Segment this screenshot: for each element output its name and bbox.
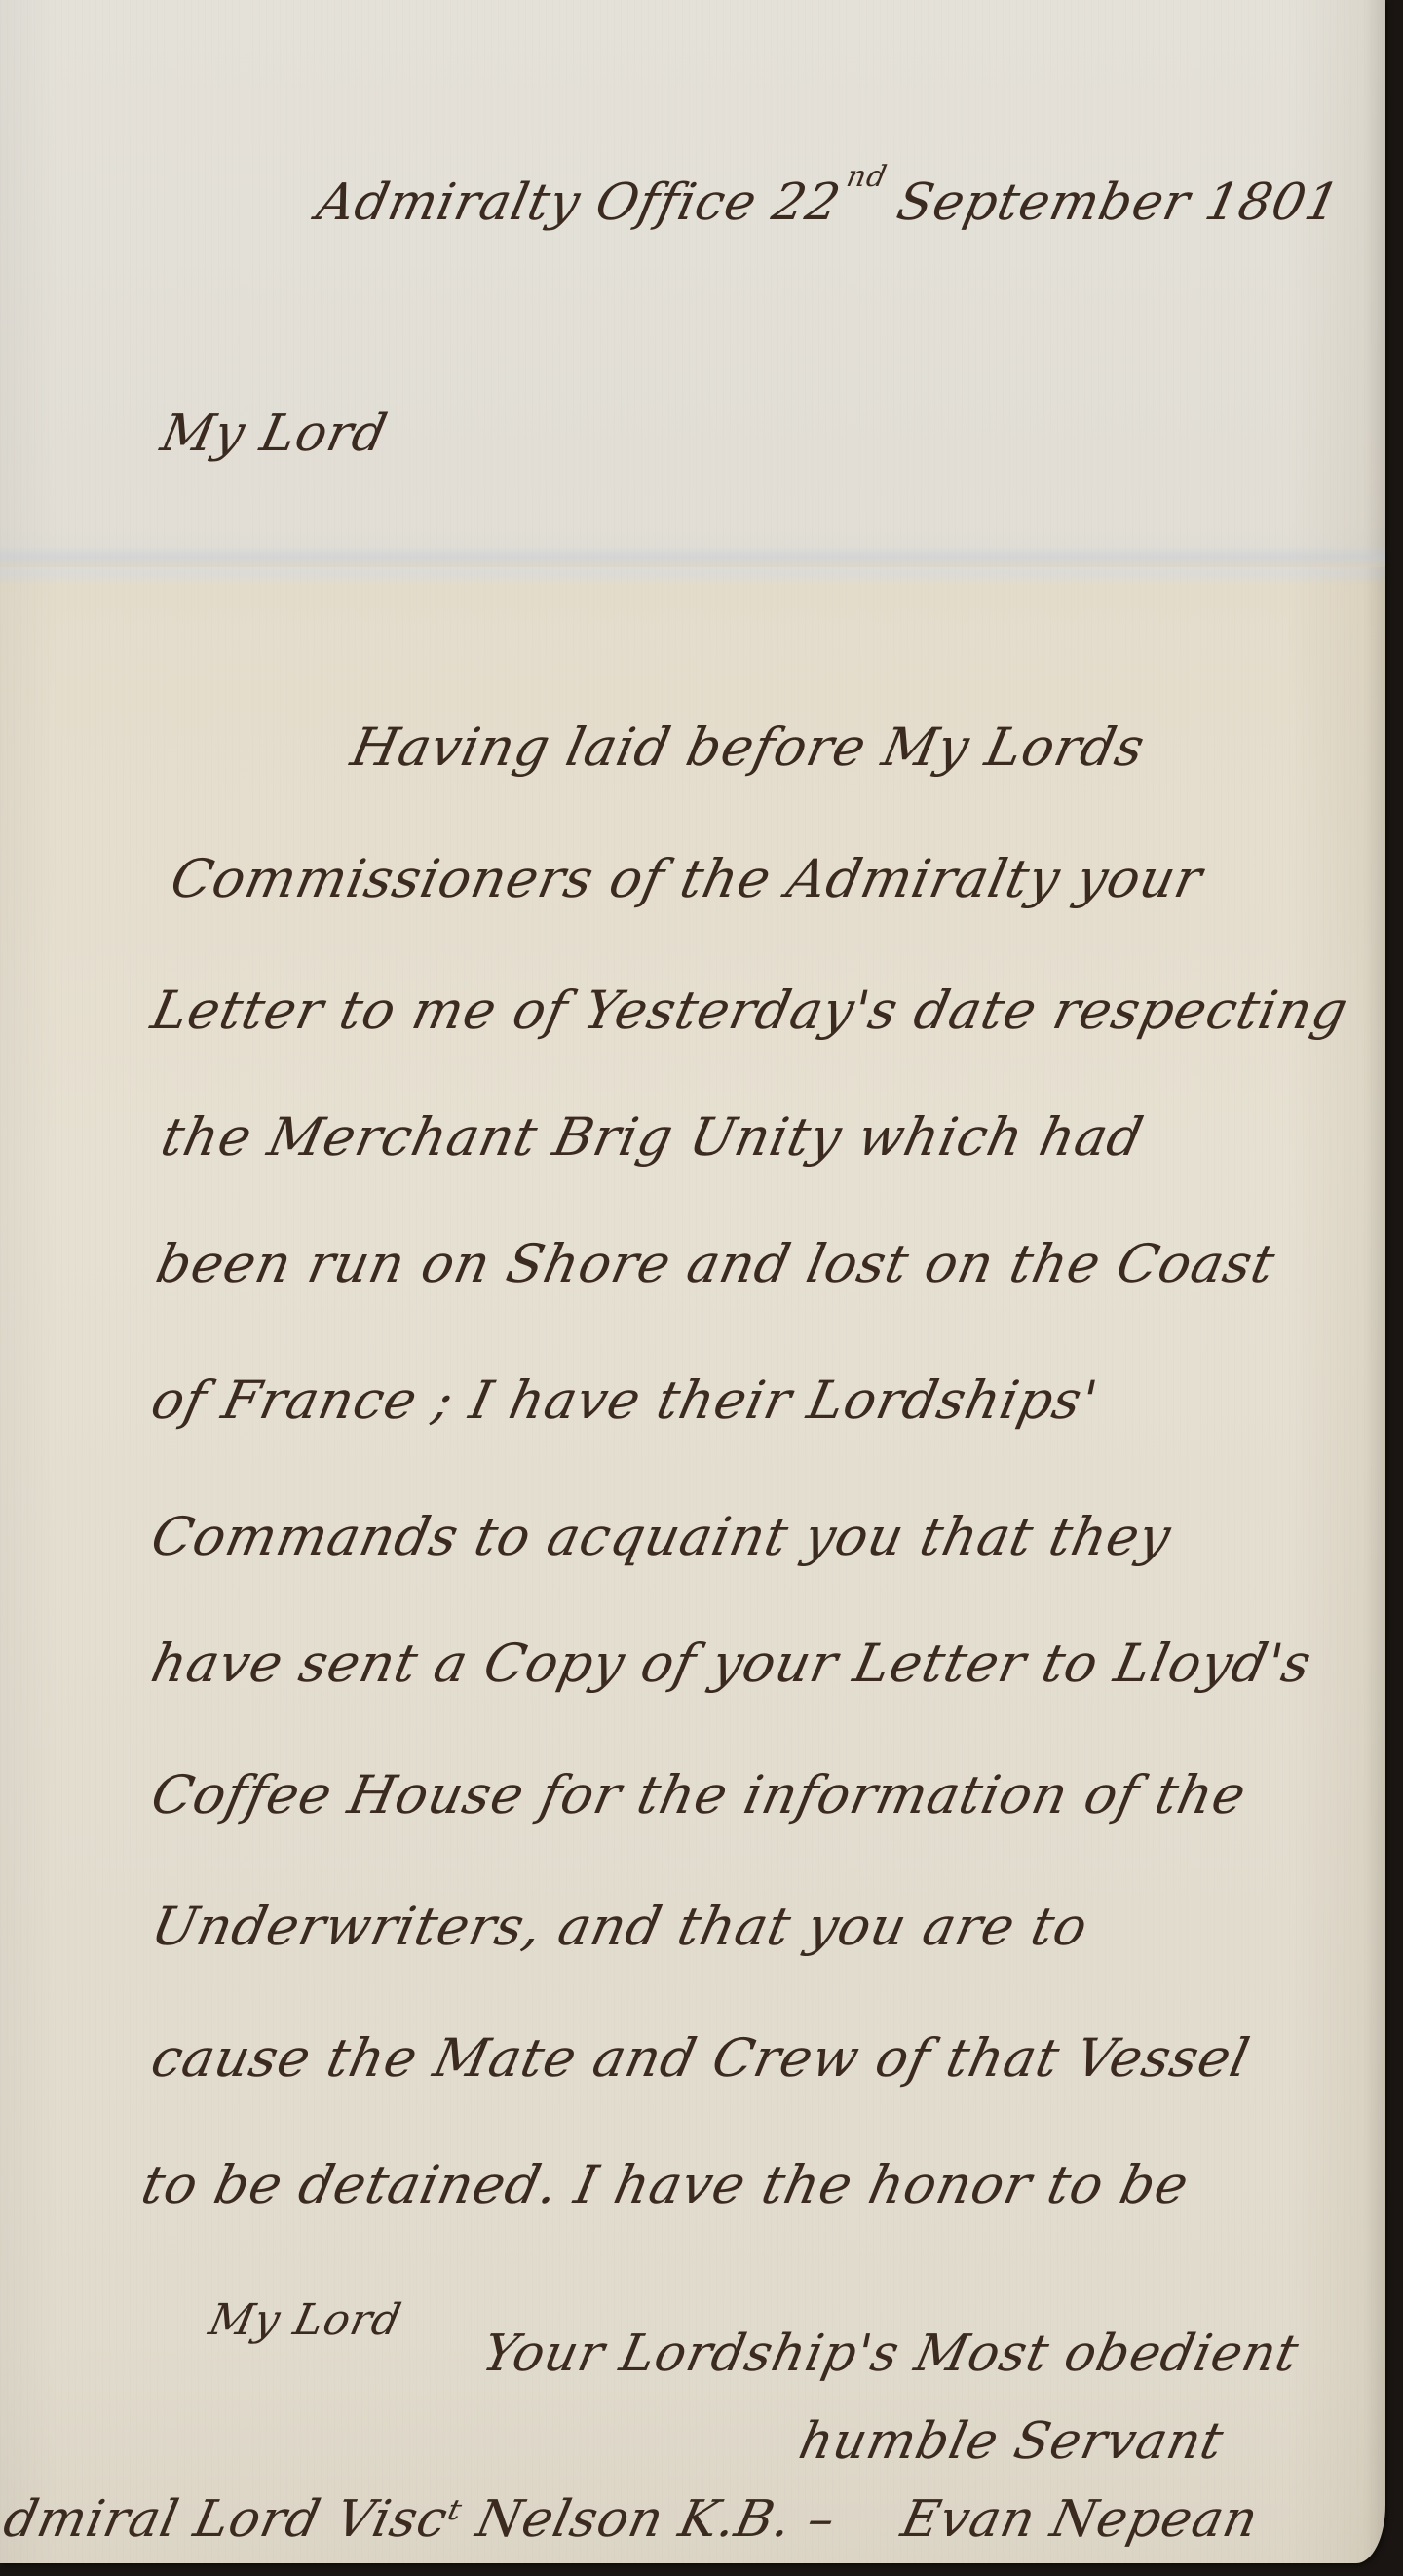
heading-day: 22nd bbox=[767, 173, 887, 232]
body-line: have sent a Copy of your Letter to Lloyd… bbox=[146, 1633, 1317, 1694]
closing-line-1: Your Lordship's Most obedient bbox=[477, 2325, 1304, 2383]
body-line: Commands to acquaint you that they bbox=[146, 1506, 1177, 1567]
salutation: My Lord bbox=[156, 404, 393, 463]
body-line: Commissioners of the Admiralty your bbox=[166, 848, 1208, 909]
body-line: cause the Mate and Crew of that Vessel bbox=[146, 2027, 1255, 2089]
body-line: Letter to me of Yesterday's date respect… bbox=[146, 980, 1353, 1041]
body-line: to be detained. I have the honor to be bbox=[136, 2154, 1194, 2215]
closing-address: My Lord bbox=[205, 2295, 406, 2345]
paper-fold-crease bbox=[0, 546, 1385, 567]
body-line: of France ; I have their Lordships' bbox=[146, 1369, 1103, 1431]
addressee: Admiral Lord Viscᵗ Nelson K.B. – bbox=[0, 2490, 841, 2549]
heading-month: September bbox=[892, 173, 1195, 232]
letter-page: Admiralty Office 22nd September 1801 My … bbox=[0, 0, 1385, 2563]
heading-year: 1801 bbox=[1200, 173, 1346, 232]
signature: Evan Nepean bbox=[896, 2490, 1264, 2549]
letter-heading: Admiralty Office 22nd September 1801 bbox=[312, 173, 1346, 232]
heading-day-suffix: nd bbox=[844, 160, 891, 194]
body-line: Having laid before My Lords bbox=[346, 716, 1151, 778]
body-line: Underwriters, and that you are to bbox=[146, 1896, 1093, 1957]
body-line: been run on Shore and lost on the Coast bbox=[151, 1233, 1281, 1294]
closing-line-2: humble Servant bbox=[794, 2412, 1229, 2471]
body-line: Coffee House for the information of the bbox=[146, 1764, 1252, 1826]
body-line: the Merchant Brig Unity which had bbox=[156, 1106, 1149, 1168]
heading-place: Admiralty Office bbox=[312, 173, 762, 232]
